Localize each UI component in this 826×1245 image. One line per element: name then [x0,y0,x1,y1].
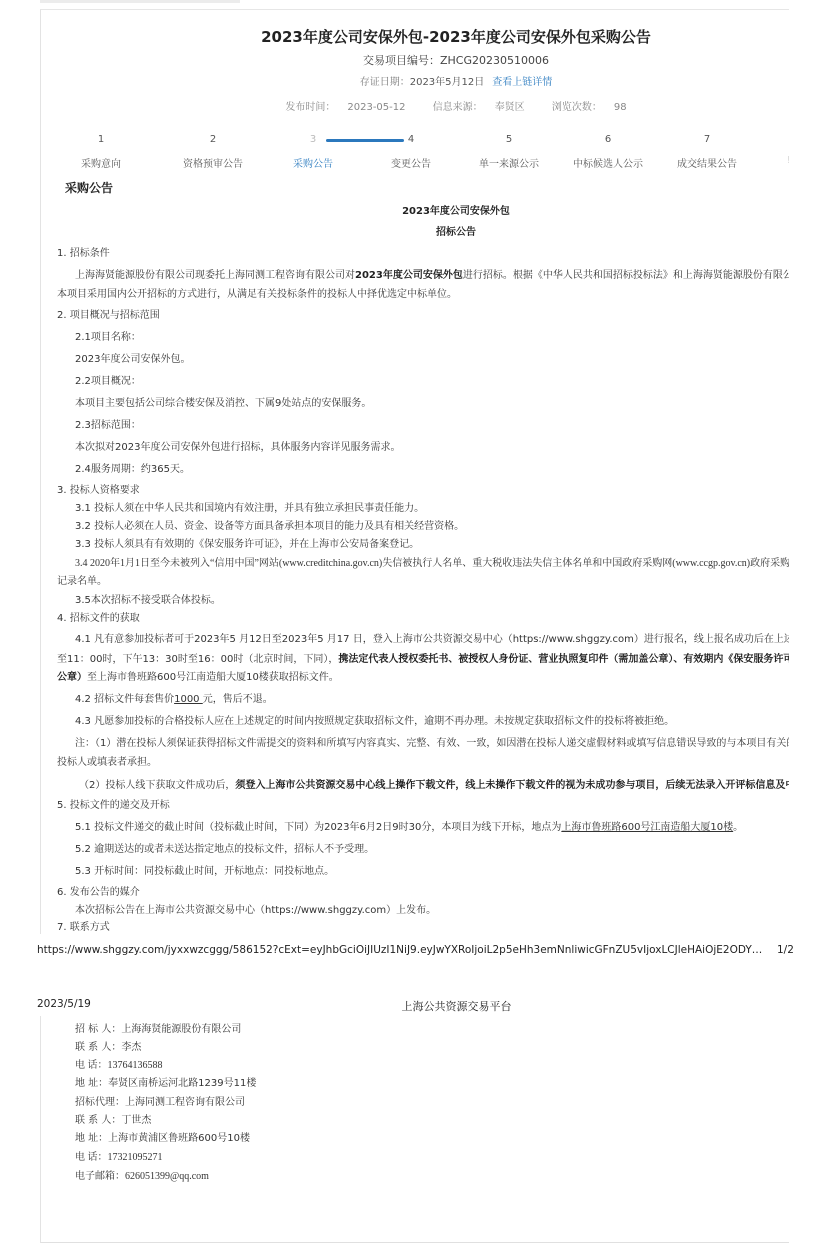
step-purchase-intent[interactable]: 1 采购意向 [51,132,151,170]
section-1-heading: 1. 招标条件 [57,244,110,259]
item-2-3-value: 本次拟对2023年度公司安保外包进行招标，具体服务内容详见服务需求。 [75,438,400,453]
section-4-heading: 4. 招标文件的获取 [57,609,140,624]
section-6-heading: 6. 发布公告的媒介 [57,883,140,898]
contact-person-1: 联 系 人：李杰 [75,1038,141,1053]
item-3-4-cont: 记录名单。 [57,572,107,587]
page-top-edge [40,0,240,3]
item-5-2: 5.2 逾期送达的或者未送达指定地点的投标文件，招标人不予受理。 [75,840,374,855]
cert-date-row: 存证日期：2023年5月12日查看上链详情 [41,73,789,88]
item-5-3: 5.3 开标时间：同投标截止时间，开标地点：同投标地点。 [75,862,334,877]
publish-date: 2023-05-12 [347,102,405,113]
item-2-1: 2.1项目名称： [75,328,141,343]
item-4-3: 4.3 凡愿参加投标的合格投标人应在上述规定的时间内按照规定获取招标文件，逾期不… [75,712,674,727]
step-prequalification[interactable]: 2 资格预审公告 [163,132,263,170]
announcement-panel: 2023年度公司安保外包-2023年度公司安保外包采购公告 交易项目编号：ZHC… [40,9,789,934]
item-2-2: 2.2项目概况： [75,372,141,387]
contact-phone-2: 电 话：17321095271 [75,1148,163,1163]
item-4-1-cont: 至11：00时，下午13：30时至16：00时（北京时间，下同），携法定代表人授… [57,650,789,665]
item-2-2-value: 本项目主要包括公司综合楼安保及消控、下属9处站点的安保服务。 [75,394,371,409]
note-1: 注：（1）潜在投标人须保证获得招标文件需提交的资料和所填写内容真实、完整、有效、… [75,734,789,749]
print-header-site: 上海公共资源交易平台 [0,998,826,1014]
contacts-panel: 招 标 人：上海海贤能源股份有限公司 联 系 人：李杰 电 话：13764136… [40,1016,789,1243]
item-3-3: 3.3 投标人须具有有效期的《保安服务许可证》，并在上海市公安局备案登记。 [75,535,419,550]
contact-address-2: 地 址：上海市黄浦区鲁班路600号10楼 [75,1129,250,1144]
item-3-5: 3.5本次招标不接受联合体投标。 [75,591,221,606]
chain-details-link[interactable]: 查看上链详情 [492,77,552,88]
item-3-4: 3.4 2020年1月1日至今未被列入“信用中国”网站(www.creditch… [75,554,789,569]
item-4-1: 4.1 凡有意参加投标者可于2023年5 月12日至2023年5 月17 日，登… [75,630,789,645]
step-more[interactable]: ! [739,132,789,166]
step-progress-bar [326,139,404,142]
process-steps: 1 采购意向 2 资格预审公告 3 采购公告 4 变更公告 5 单一来源公示 6… [41,132,789,172]
doc-subtitle: 招标公告 [41,223,789,238]
note-1-cont: 投标人或填表者承担。 [57,753,157,768]
contact-agency: 招标代理：上海同测工程咨询有限公司 [75,1093,245,1108]
print-footer-url: https://www.shggzy.com/jyxxwzcggg/586152… [37,944,767,956]
section-1-paragraph-cont: 本项目采用国内公开招标的方式进行，从满足有关投标条件的投标人中择优选定中标单位。 [57,285,457,300]
info-source: 奉贤区 [495,102,525,113]
item-2-3: 2.3招标范围： [75,416,141,431]
item-3-2: 3.2 投标人必须在人员、资金、设备等方面具备承担本项目的能力及具有相关经营资格… [75,517,464,532]
step-change-notice[interactable]: 4 变更公告 [361,132,461,170]
contact-email: 电子邮箱：626051399@qq.com [75,1167,209,1182]
step-single-source[interactable]: 5 单一来源公示 [459,132,559,170]
doc-title: 2023年度公司安保外包 [41,202,789,217]
page-title: 2023年度公司安保外包-2023年度公司安保外包采购公告 [41,26,789,47]
section-7-heading: 7. 联系方式 [57,918,110,933]
contact-phone-1: 电 话：13764136588 [75,1056,163,1071]
step-procurement-notice[interactable]: 3 采购公告 [263,132,363,170]
item-3-1: 3.1 投标人须在中华人民共和国境内有效注册，并具有独立承担民事责任能力。 [75,499,424,514]
section-5-heading: 5. 投标文件的递交及开标 [57,796,170,811]
step-candidate-notice[interactable]: 6 中标候选人公示 [558,132,658,170]
item-6-1: 本次招标公告在上海市公共资源交易中心（https://www.shggzy.co… [75,901,436,916]
contact-person-2: 联 系 人：丁世杰 [75,1111,151,1126]
project-number: 交易项目编号：ZHCG20230510006 [41,52,789,68]
print-page-number: 1/2 [777,944,794,956]
contact-tenderer: 招 标 人：上海海贤能源股份有限公司 [75,1020,241,1035]
item-4-2: 4.2 招标文件每套售价1000 元，售后不退。 [75,690,273,705]
item-2-1-value: 2023年度公司安保外包。 [75,350,190,365]
item-2-4: 2.4服务周期：约365天。 [75,460,190,475]
contact-address-1: 地 址：奉贤区南桥运河北路1239号11楼 [75,1074,256,1089]
section-2-heading: 2. 项目概况与招标范围 [57,306,160,321]
note-2: （2）投标人线下获取文件成功后，须登入上海市公共资源交易中心线上操作下载文件，线… [79,776,789,791]
section-1-paragraph: 上海海贤能源股份有限公司现委托上海同测工程咨询有限公司对2023年度公司安保外包… [75,266,789,281]
section-title: 采购公告 [65,179,113,196]
item-5-1: 5.1 投标文件递交的截止时间（投标截止时间，下同）为2023年6月2日9时30… [75,818,743,833]
view-count: 98 [614,102,627,113]
item-4-1-cont2: 公章）至上海市鲁班路600号江南造船大厦10楼获取招标文件。 [57,668,339,683]
section-3-heading: 3. 投标人资格要求 [57,481,140,496]
meta-row: 发布时间：2023-05-12 信息来源：奉贤区 浏览次数：98 [41,98,789,113]
